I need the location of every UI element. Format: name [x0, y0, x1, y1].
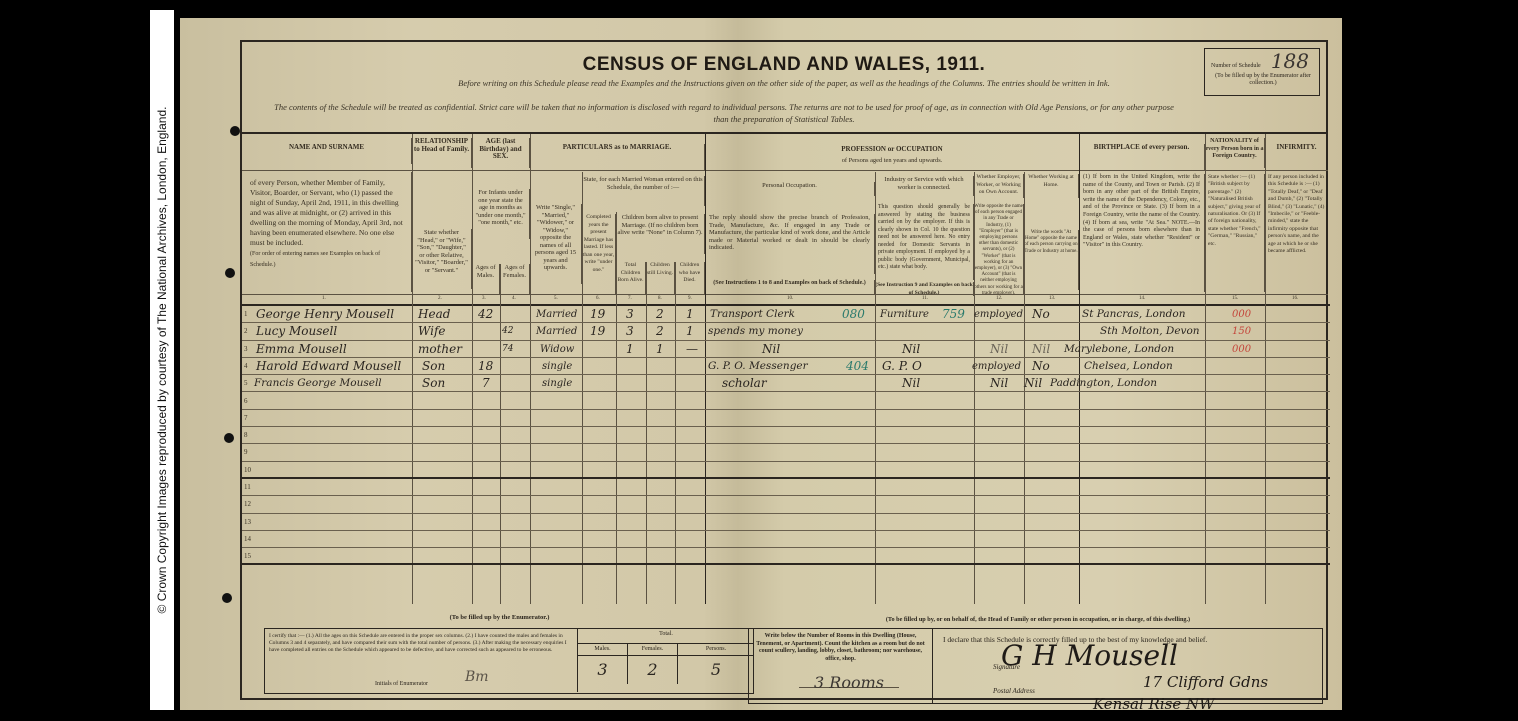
colnum-6: 6.	[596, 296, 600, 301]
colnum-11: 11.	[922, 296, 928, 301]
header-marriage-write: Write "Single," "Married," "Widower," or…	[530, 204, 582, 284]
employer-cell: employed	[972, 358, 1021, 375]
industry-cell: G. P. O	[882, 358, 922, 375]
table-row: 15	[242, 548, 1330, 565]
industry-cell: Nil	[902, 375, 920, 392]
header-home-body: Write the words "At Home" opposite the n…	[1024, 230, 1079, 290]
marital-status-cell: Widow	[540, 341, 574, 358]
occupation-cell: Nil	[762, 341, 780, 358]
schedule-number-box: Number of Schedule 188 (To be filled up …	[1204, 48, 1320, 96]
header-home: Whether Working at Home.	[1024, 174, 1079, 198]
schedule-number: 188	[1271, 49, 1309, 73]
header-marriage-years: Completed years the present Marriage has…	[582, 214, 616, 294]
children-living-cell: 2	[656, 306, 664, 323]
enumerator-initials: Bm	[465, 669, 489, 685]
confidential-line: The contents of the Schedule will be tre…	[242, 102, 1326, 112]
birthplace-code: 000	[1232, 341, 1251, 358]
birthplace-cell: Chelsea, London	[1084, 358, 1173, 375]
employer-cell: Nil	[990, 341, 1008, 358]
birthplace-cell: Paddington, London	[1050, 375, 1157, 392]
age-male-cell: 42	[478, 306, 493, 323]
header-industry: Industry or Service with which worker is…	[875, 176, 974, 196]
industry-cell: Furniture	[880, 306, 929, 323]
age-female-cell: 42	[502, 323, 513, 340]
instructions-line: Before writing on this Schedule please r…	[242, 78, 1326, 88]
children-died-cell: —	[686, 341, 698, 358]
header-age-males: Ages of Males.	[472, 264, 500, 294]
schedule-frame: CENSUS OF ENGLAND AND WALES, 1911. Befor…	[240, 40, 1328, 700]
header-relationship: RELATIONSHIP to Head of Family.	[412, 138, 472, 168]
table-row: 14	[242, 531, 1330, 548]
schedule-number-note: (To be filled up by the Enumerator after…	[1211, 73, 1315, 87]
enumerator-box: I certify that :— (1.) All the ages on t…	[264, 628, 754, 694]
colnum-2: 2.	[438, 296, 442, 301]
initials-label: Initials of Enumerator	[375, 681, 428, 687]
at-home-cell: Nil	[1024, 375, 1042, 392]
enumerator-heading: (To be filled up by the Enumerator.)	[242, 614, 757, 621]
postal-address-label: Postal Address	[993, 687, 1035, 695]
years-married-cell: 19	[590, 306, 605, 323]
householder-signature: G H Mousell	[1001, 639, 1178, 672]
children-living-cell: 2	[656, 323, 664, 340]
colnum-3: 3.	[482, 296, 486, 301]
totals-box: Total. Males. 3 Females. 2 Persons. 5	[577, 629, 754, 692]
colnum-4: 4.	[512, 296, 516, 301]
birthplace-cell: Marylebone, London	[1064, 341, 1174, 358]
table-row: 11	[242, 479, 1330, 496]
at-home-cell: No	[1032, 358, 1050, 375]
occupation-cell: spends my money	[708, 323, 803, 340]
name-cell: Francis George Mousell	[254, 375, 382, 392]
rooms-instructions: Write below the Number of Rooms in this …	[755, 633, 926, 663]
householder-heading: (To be filled up by, or on behalf of, th…	[748, 616, 1328, 623]
table-row: 4 Harold Edward Mousell Son 18 single G.…	[242, 358, 1330, 375]
colnum-1: 1.	[322, 296, 326, 301]
rooms-count: 3 Rooms	[799, 679, 899, 688]
age-male-cell: 18	[478, 358, 493, 375]
header-name: NAME AND SURNAME	[242, 138, 412, 164]
years-married-cell: 19	[590, 323, 605, 340]
at-home-cell: Nil	[1032, 341, 1050, 358]
table-row: 12	[242, 496, 1330, 513]
colnum-5: 5.	[554, 296, 558, 301]
children-total-cell: 1	[626, 341, 634, 358]
employer-cell: employed	[974, 306, 1023, 323]
colnum-8: 8.	[658, 296, 662, 301]
header-nationality-body: State whether :— (1) "British subject by…	[1205, 174, 1265, 292]
colnum-9: 9.	[688, 296, 692, 301]
occupation-code: 404	[846, 358, 869, 375]
total-persons: Persons. 5	[678, 643, 754, 684]
children-died-cell: 1	[686, 323, 694, 340]
table-row: 13	[242, 514, 1330, 531]
schedule-number-label: Number of Schedule	[1211, 63, 1261, 69]
name-cell: George Henry Mousell	[256, 306, 394, 323]
table-row: 10	[242, 462, 1330, 479]
header-infirmity: INFIRMITY.	[1265, 144, 1328, 170]
header-age: AGE (last Birthday) and SEX.	[472, 138, 530, 168]
table-row: 5 Francis George Mousell Son 7 single sc…	[242, 375, 1330, 392]
punch-hole	[222, 593, 232, 603]
header-age-females: Ages of Females.	[500, 264, 530, 294]
header-children-total: Total Children Born Alive.	[616, 262, 646, 294]
header-name-body: of every Person, whether Member of Famil…	[242, 172, 412, 292]
children-total-cell: 3	[626, 323, 634, 340]
postal-address-line-2: Kensal Rise NW	[1093, 695, 1215, 713]
total-females: Females. 2	[628, 643, 678, 684]
industry-cell: Nil	[902, 341, 920, 358]
occupation-code: 080	[842, 306, 865, 323]
at-home-cell: No	[1032, 306, 1050, 323]
header-employer: Whether Employer, Worker, or Working on …	[974, 174, 1024, 198]
children-died-cell: 1	[686, 306, 694, 323]
header-children-living: Children still Living.	[646, 262, 675, 294]
relationship-cell: Son	[422, 358, 445, 375]
header-occupation-subtitle: of Persons aged ten years and upwards.	[705, 157, 1079, 167]
children-total-cell: 3	[626, 306, 634, 323]
header-personal-occupation: Personal Occupation.	[705, 182, 875, 196]
name-cell: Emma Mousell	[256, 341, 347, 358]
header-marriage-children: Children born alive to present Marriage.…	[616, 214, 705, 254]
table-row: 8	[242, 427, 1330, 444]
confidential-line-2: than the preparation of Statistical Tabl…	[242, 114, 1326, 124]
postal-address-line-1: 17 Clifford Gdns	[1143, 673, 1268, 691]
relationship-cell: Head	[418, 306, 450, 323]
table-row: 9	[242, 444, 1330, 461]
colnum-15: 15.	[1232, 296, 1238, 301]
occupation-cell: Transport Clerk	[710, 306, 795, 323]
marital-status-cell: Married	[536, 306, 577, 323]
copyright-credit: © Crown Copyright Images reproduced by c…	[155, 107, 169, 614]
birthplace-cell: St Pancras, London	[1082, 306, 1185, 323]
relationship-cell: mother	[418, 341, 462, 358]
header-birthplace-body: (1) If born in the United Kingdom, write…	[1079, 174, 1205, 292]
birthplace-cell: Sth Molton, Devon	[1100, 323, 1200, 340]
birthplace-code: 000	[1232, 306, 1251, 323]
industry-code: 759	[942, 306, 965, 323]
marital-status-cell: single	[542, 375, 572, 392]
header-marriage: PARTICULARS as to MARRIAGE.	[530, 144, 705, 170]
colnum-13: 13.	[1049, 296, 1055, 301]
table-row: 7	[242, 410, 1330, 427]
age-female-cell: 74	[502, 341, 513, 358]
header-birthplace: BIRTHPLACE of every person.	[1079, 144, 1205, 170]
table-row: 1 George Henry Mousell Head 42 Married 1…	[242, 306, 1330, 323]
table-row: 3 Emma Mousell mother 74 Widow 1 1 — Nil…	[242, 341, 1330, 358]
table-row: 6	[242, 393, 1330, 410]
colnum-16: 16.	[1292, 296, 1298, 301]
header-infirmity-body: If any person included in this Schedule …	[1265, 174, 1328, 292]
householder-section: (To be filled up by, or on behalf of, th…	[748, 610, 1328, 710]
header-industry-body: This question should generally be answer…	[875, 204, 974, 280]
page-title: CENSUS OF ENGLAND AND WALES, 1911.	[242, 54, 1326, 76]
colnum-14: 14.	[1139, 296, 1145, 301]
employer-cell: Nil	[990, 375, 1008, 392]
name-cell: Lucy Mousell	[256, 323, 337, 340]
birthplace-code: 150	[1232, 323, 1251, 340]
header-age-body: For Infants under one year state the age…	[472, 189, 530, 239]
header-employer-body: Write opposite the name of each person e…	[974, 204, 1024, 294]
enumerator-section: (To be filled up by the Enumerator.) I c…	[242, 610, 757, 702]
table-row: 2 Lucy Mousell Wife 42 Married 19 3 2 1 …	[242, 323, 1330, 340]
declaration-box: I declare that this Schedule is correctl…	[933, 628, 1323, 704]
colnum-10: 10.	[787, 296, 793, 301]
relationship-cell: Son	[422, 375, 445, 392]
header-marriage-state: State, for each Married Woman entered on…	[582, 176, 705, 206]
marital-status-cell: Married	[536, 323, 577, 340]
occupation-cell: scholar	[722, 375, 767, 392]
header-occupation: PROFESSION or OCCUPATION	[705, 146, 1079, 156]
header-personal-note: (See Instructions 1 to 8 and Examples on…	[705, 280, 875, 294]
header-relationship-body: State whether "Head," or "Wife," "Son," …	[412, 229, 472, 289]
total-males: Males. 3	[578, 643, 628, 684]
punch-hole	[224, 433, 234, 443]
header-children-died: Children who have Died.	[675, 262, 705, 294]
column-number-row: 1. 2. 3. 4. 5. 6. 7. 8. 9. 10. 11. 12. 1…	[242, 296, 1330, 306]
children-living-cell: 1	[656, 341, 664, 358]
rooms-box: Write below the Number of Rooms in this …	[748, 628, 933, 704]
name-cell: Harold Edward Mousell	[256, 358, 401, 375]
relationship-cell: Wife	[418, 323, 446, 340]
header-personal-body: The reply should show the precise branch…	[705, 214, 875, 274]
punch-hole	[230, 126, 240, 136]
punch-hole	[225, 268, 235, 278]
occupation-cell: G. P. O. Messenger	[708, 358, 808, 375]
age-male-cell: 7	[482, 375, 490, 392]
colnum-12: 12.	[996, 296, 1002, 301]
census-schedule-page: CENSUS OF ENGLAND AND WALES, 1911. Befor…	[180, 18, 1342, 710]
colnum-7: 7.	[628, 296, 632, 301]
header-nationality: NATIONALITY of every Person born in a Fo…	[1205, 138, 1265, 168]
enumerator-certification: I certify that :— (1.) All the ages on t…	[269, 633, 569, 654]
marital-status-cell: single	[542, 358, 572, 375]
